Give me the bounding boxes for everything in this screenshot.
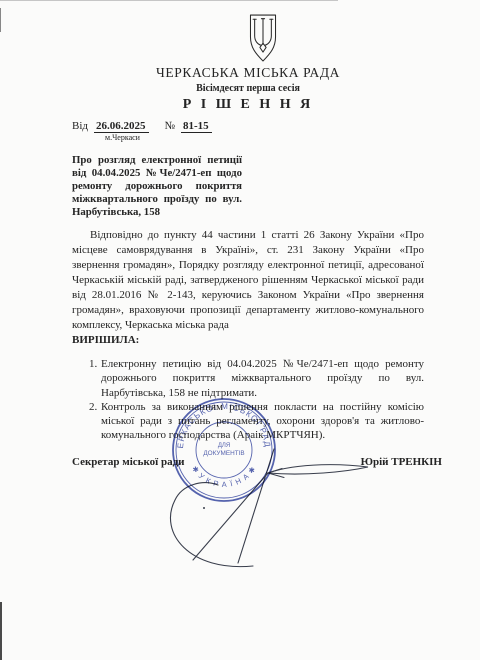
meta-row: Від26.06.2025№81-15 м.Черкаси (72, 120, 424, 142)
scan-artifact-left-top (0, 8, 1, 32)
date-label: Від (72, 120, 88, 132)
scan-artifact-top-line (0, 0, 338, 1)
number-value: 81-15 (181, 120, 212, 133)
handwritten-signature (130, 435, 410, 580)
city-line: м.Черкаси (105, 133, 424, 142)
session-line: Вісімдесят перша сесія (72, 83, 424, 94)
resolved-label: ВИРІШИЛА: (72, 333, 424, 348)
date-value: 26.06.2025 (94, 120, 149, 133)
document-page: ЧЕРКАСЬКА МІСЬКА РАДА Вісімдесят перша с… (0, 0, 480, 660)
resolution-item-1: Електронну петицію від 04.04.2025 №Че/24… (100, 357, 424, 400)
subject-paragraph: Про розгляд електронної петиції від 04.0… (72, 154, 242, 219)
document-header: ЧЕРКАСЬКА МІСЬКА РАДА Вісімдесят перша с… (72, 14, 424, 113)
body-paragraph: Відповідно до пункту 44 частини 1 статті… (72, 228, 424, 333)
ukraine-trident-emblem (246, 14, 280, 62)
org-name: ЧЕРКАСЬКА МІСЬКА РАДА (72, 65, 424, 81)
doc-type-title: Р І Ш Е Н Н Я (72, 97, 424, 113)
number-label: № (165, 120, 176, 132)
scan-artifact-left-bottom (0, 602, 2, 660)
